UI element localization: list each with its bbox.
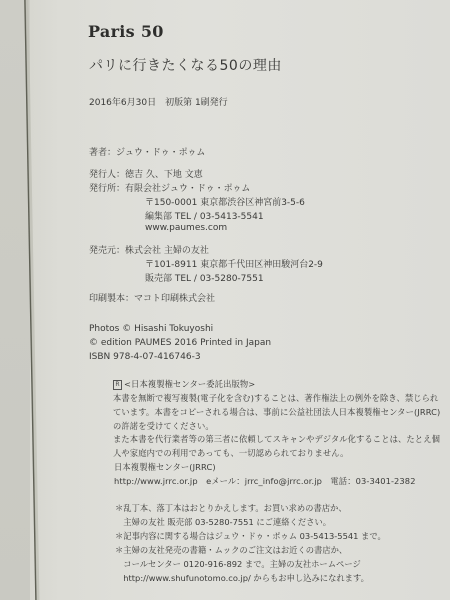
note-line: ＊記事内容に関する場合はジュウ・ドゥ・ポゥム 03-5413-5541 まで。 — [115, 530, 386, 542]
jrrc-line: ています。本書をコピーされる場合は、事前に公益社団法人日本複製権センター(JRR… — [113, 406, 440, 418]
jrrc-heading: <日本複製権センター委託出版物> — [124, 379, 255, 389]
note-line: ＊主婦の友社発売の書籍・ムックのご注文はお近くの書店か、 — [115, 544, 347, 556]
distributor-line: 発売元：株式会社 主婦の友社 — [89, 243, 209, 256]
publisher-person-line: 発行人：徳吉 久、下地 文恵 — [89, 167, 203, 180]
jrrc-line: 人や家庭内での利用であっても、一切認められておりません。 — [113, 447, 349, 459]
isbn: ISBN 978-4-07-416746-3 — [89, 352, 201, 362]
jrrc-line: の許諾を受けてください。 — [113, 420, 214, 432]
copyright-line: © edition PAUMES 2016 Printed in Japan — [89, 338, 271, 348]
book-title: Paris 50 — [88, 22, 164, 41]
publisher-tel: 編集部 TEL / 03-5413-5541 — [145, 209, 264, 222]
publisher-line: 発行所：有限会社ジュウ・ドゥ・ポゥム — [89, 181, 250, 194]
jrrc-line: また本書を代行業者等の第三者に依頼してスキャンやデジタル化することは、たとえ個 — [113, 433, 440, 445]
note-line: 主婦の友社 販売部 03-5280-7551 にご連絡ください。 — [115, 516, 331, 528]
note-line: コールセンター 0120-916-892 まで。主婦の友社ホームページ — [115, 558, 361, 570]
distributor-tel: 販売部 TEL / 03-5280-7551 — [145, 271, 264, 284]
jrrc-heading-row: R<日本複製権センター委託出版物> — [113, 378, 255, 390]
book-subtitle: パリに行きたくなる50の理由 — [89, 55, 282, 75]
jrrc-line: 本書を無断で複写複製(電子化を含む)することは、著作権法上の例外を除き、禁じられ — [113, 392, 438, 404]
printer-line: 印刷製本：マコト印刷株式会社 — [89, 291, 215, 304]
publisher-address: 〒150-0001 東京都渋谷区神宮前3-5-6 — [145, 195, 305, 208]
publication-date: 2016年6月30日 初版第 1刷発行 — [89, 95, 228, 108]
jrrc-contact: http://www.jrrc.or.jp eメール：jrrc_info@jrr… — [114, 475, 416, 487]
jrrc-r-mark-icon: R — [113, 380, 122, 390]
jrrc-name: 日本複製権センター(JRRC) — [114, 461, 216, 473]
publisher-website: www.paumes.com — [145, 223, 227, 233]
colophon-page: Paris 50 パリに行きたくなる50の理由 2016年6月30日 初版第 1… — [0, 0, 450, 600]
distributor-address: 〒101-8911 東京都千代田区神田駿河台2-9 — [145, 257, 323, 270]
author-line: 著者：ジュウ・ドゥ・ポゥム — [89, 145, 205, 158]
note-line: ＊乱丁本、落丁本はおとりかえします。お買い求めの書店か、 — [115, 502, 347, 514]
photo-credit: Photos © Hisashi Tokuyoshi — [89, 324, 213, 334]
note-line: http://www.shufunotomo.co.jp/ からもお申し込みにな… — [115, 572, 369, 584]
